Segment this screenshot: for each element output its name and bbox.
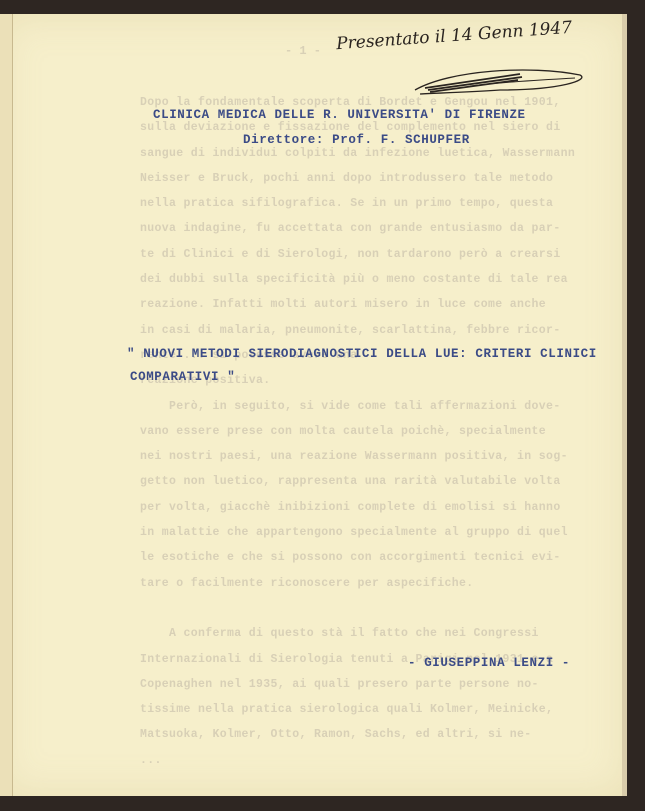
bleed-through-text: Dopo la fondamentale scoperta di Bordet … <box>140 90 580 773</box>
director-line: Direttore: Prof. F. SCHUPFER <box>243 133 470 147</box>
bleed-through-page-number: - 1 - <box>285 44 321 58</box>
signature-icon <box>410 60 590 100</box>
document-title-line-2: COMPARATIVI " <box>130 370 235 384</box>
author-name: - GIUSEPPINA LENZI - <box>408 656 570 670</box>
institution-header: CLINICA MEDICA DELLE R. UNIVERSITA' DI F… <box>153 108 526 122</box>
document-title-line-1: " NUOVI METODI SIERODIAGNOSTICI DELLA LU… <box>127 347 597 361</box>
page-gutter-edge <box>0 14 13 796</box>
page-right-edge <box>622 14 627 796</box>
